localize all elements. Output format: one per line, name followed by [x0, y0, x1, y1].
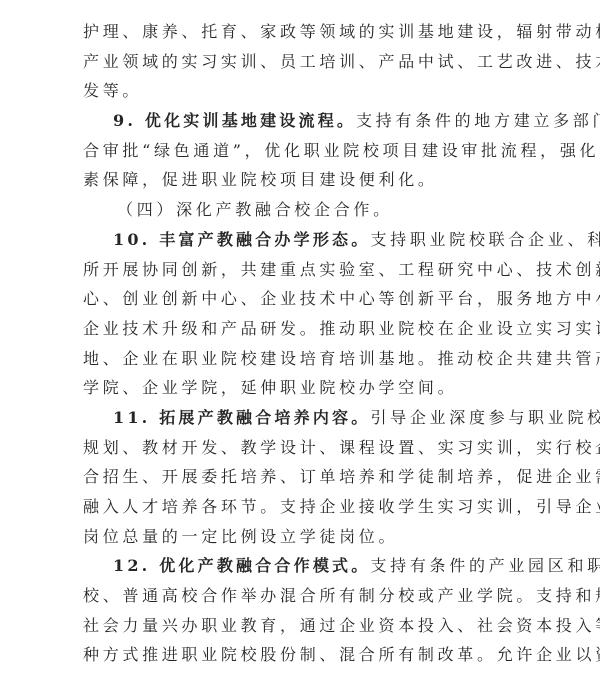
text-line: 产业领域的实习实训、员工培训、产品中试、工艺改进、技术研	[83, 47, 519, 77]
section-title: （四）深化产教融合校企合作。	[83, 195, 519, 225]
text-line: 规划、教材开发、教学设计、课程设置、实习实训，实行校企联	[83, 433, 519, 463]
document-page: 护理、康养、托育、家政等领域的实训基地建设，辐射带动相关 产业领域的实习实训、员…	[83, 17, 519, 670]
item-text: 引导企业深度参与职业院校专业	[370, 408, 600, 427]
text-line: 素保障，促进职业院校项目建设便利化。	[83, 165, 519, 195]
text-line: 地、企业在职业院校建设培育培训基地。推动校企共建共管产业	[83, 344, 519, 374]
item-heading: 丰富产教融合办学形态。	[159, 230, 370, 249]
text-line: 合招生、开展委托培养、订单培养和学徒制培养，促进企业需求	[83, 462, 519, 492]
item-12-first-line: 12. 优化产教融合合作模式。支持有条件的产业园区和职业院	[83, 551, 519, 581]
text-line: 护理、康养、托育、家政等领域的实训基地建设，辐射带动相关	[83, 17, 519, 47]
text-line: 发等。	[83, 76, 519, 106]
text-line: 社会力量兴办职业教育，通过企业资本投入、社会资本投入等多	[83, 611, 519, 641]
item-text: 支持有条件的产业园区和职业院	[370, 556, 600, 575]
item-number: 12.	[113, 556, 150, 575]
text-line: 合审批“绿色通道”，优化职业院校项目建设审批流程，强化要	[83, 136, 519, 166]
item-9-first-line: 9. 优化实训基地建设流程。支持有条件的地方建立多部门联	[83, 106, 519, 136]
item-heading: 优化实训基地建设流程。	[145, 111, 356, 130]
item-text: 支持职业院校联合企业、科研院	[370, 230, 600, 249]
item-number: 10.	[113, 230, 150, 249]
item-11-first-line: 11. 拓展产教融合培养内容。引导企业深度参与职业院校专业	[83, 403, 519, 433]
item-text: 支持有条件的地方建立多部门联	[356, 111, 600, 130]
text-line: 心、创业创新中心、企业技术中心等创新平台，服务地方中小微	[83, 284, 519, 314]
item-10-first-line: 10. 丰富产教融合办学形态。支持职业院校联合企业、科研院	[83, 225, 519, 255]
text-line: 所开展协同创新，共建重点实验室、工程研究中心、技术创新中	[83, 255, 519, 285]
item-heading: 优化产教融合合作模式。	[159, 556, 370, 575]
text-line: 种方式推进职业院校股份制、混合所有制改革。允许企业以资	[83, 640, 519, 670]
item-number: 11.	[113, 408, 150, 427]
text-line: 学院、企业学院，延伸职业院校办学空间。	[83, 373, 519, 403]
item-number: 9.	[113, 111, 136, 130]
text-line: 融入人才培养各环节。支持企业接收学生实习实训，引导企业按	[83, 492, 519, 522]
item-heading: 拓展产教融合培养内容。	[159, 408, 370, 427]
text-line: 校、普通高校合作举办混合所有制分校或产业学院。支持和规范	[83, 581, 519, 611]
text-line: 企业技术升级和产品研发。推动职业院校在企业设立实习实训基	[83, 314, 519, 344]
text-line: 岗位总量的一定比例设立学徒岗位。	[83, 522, 519, 552]
